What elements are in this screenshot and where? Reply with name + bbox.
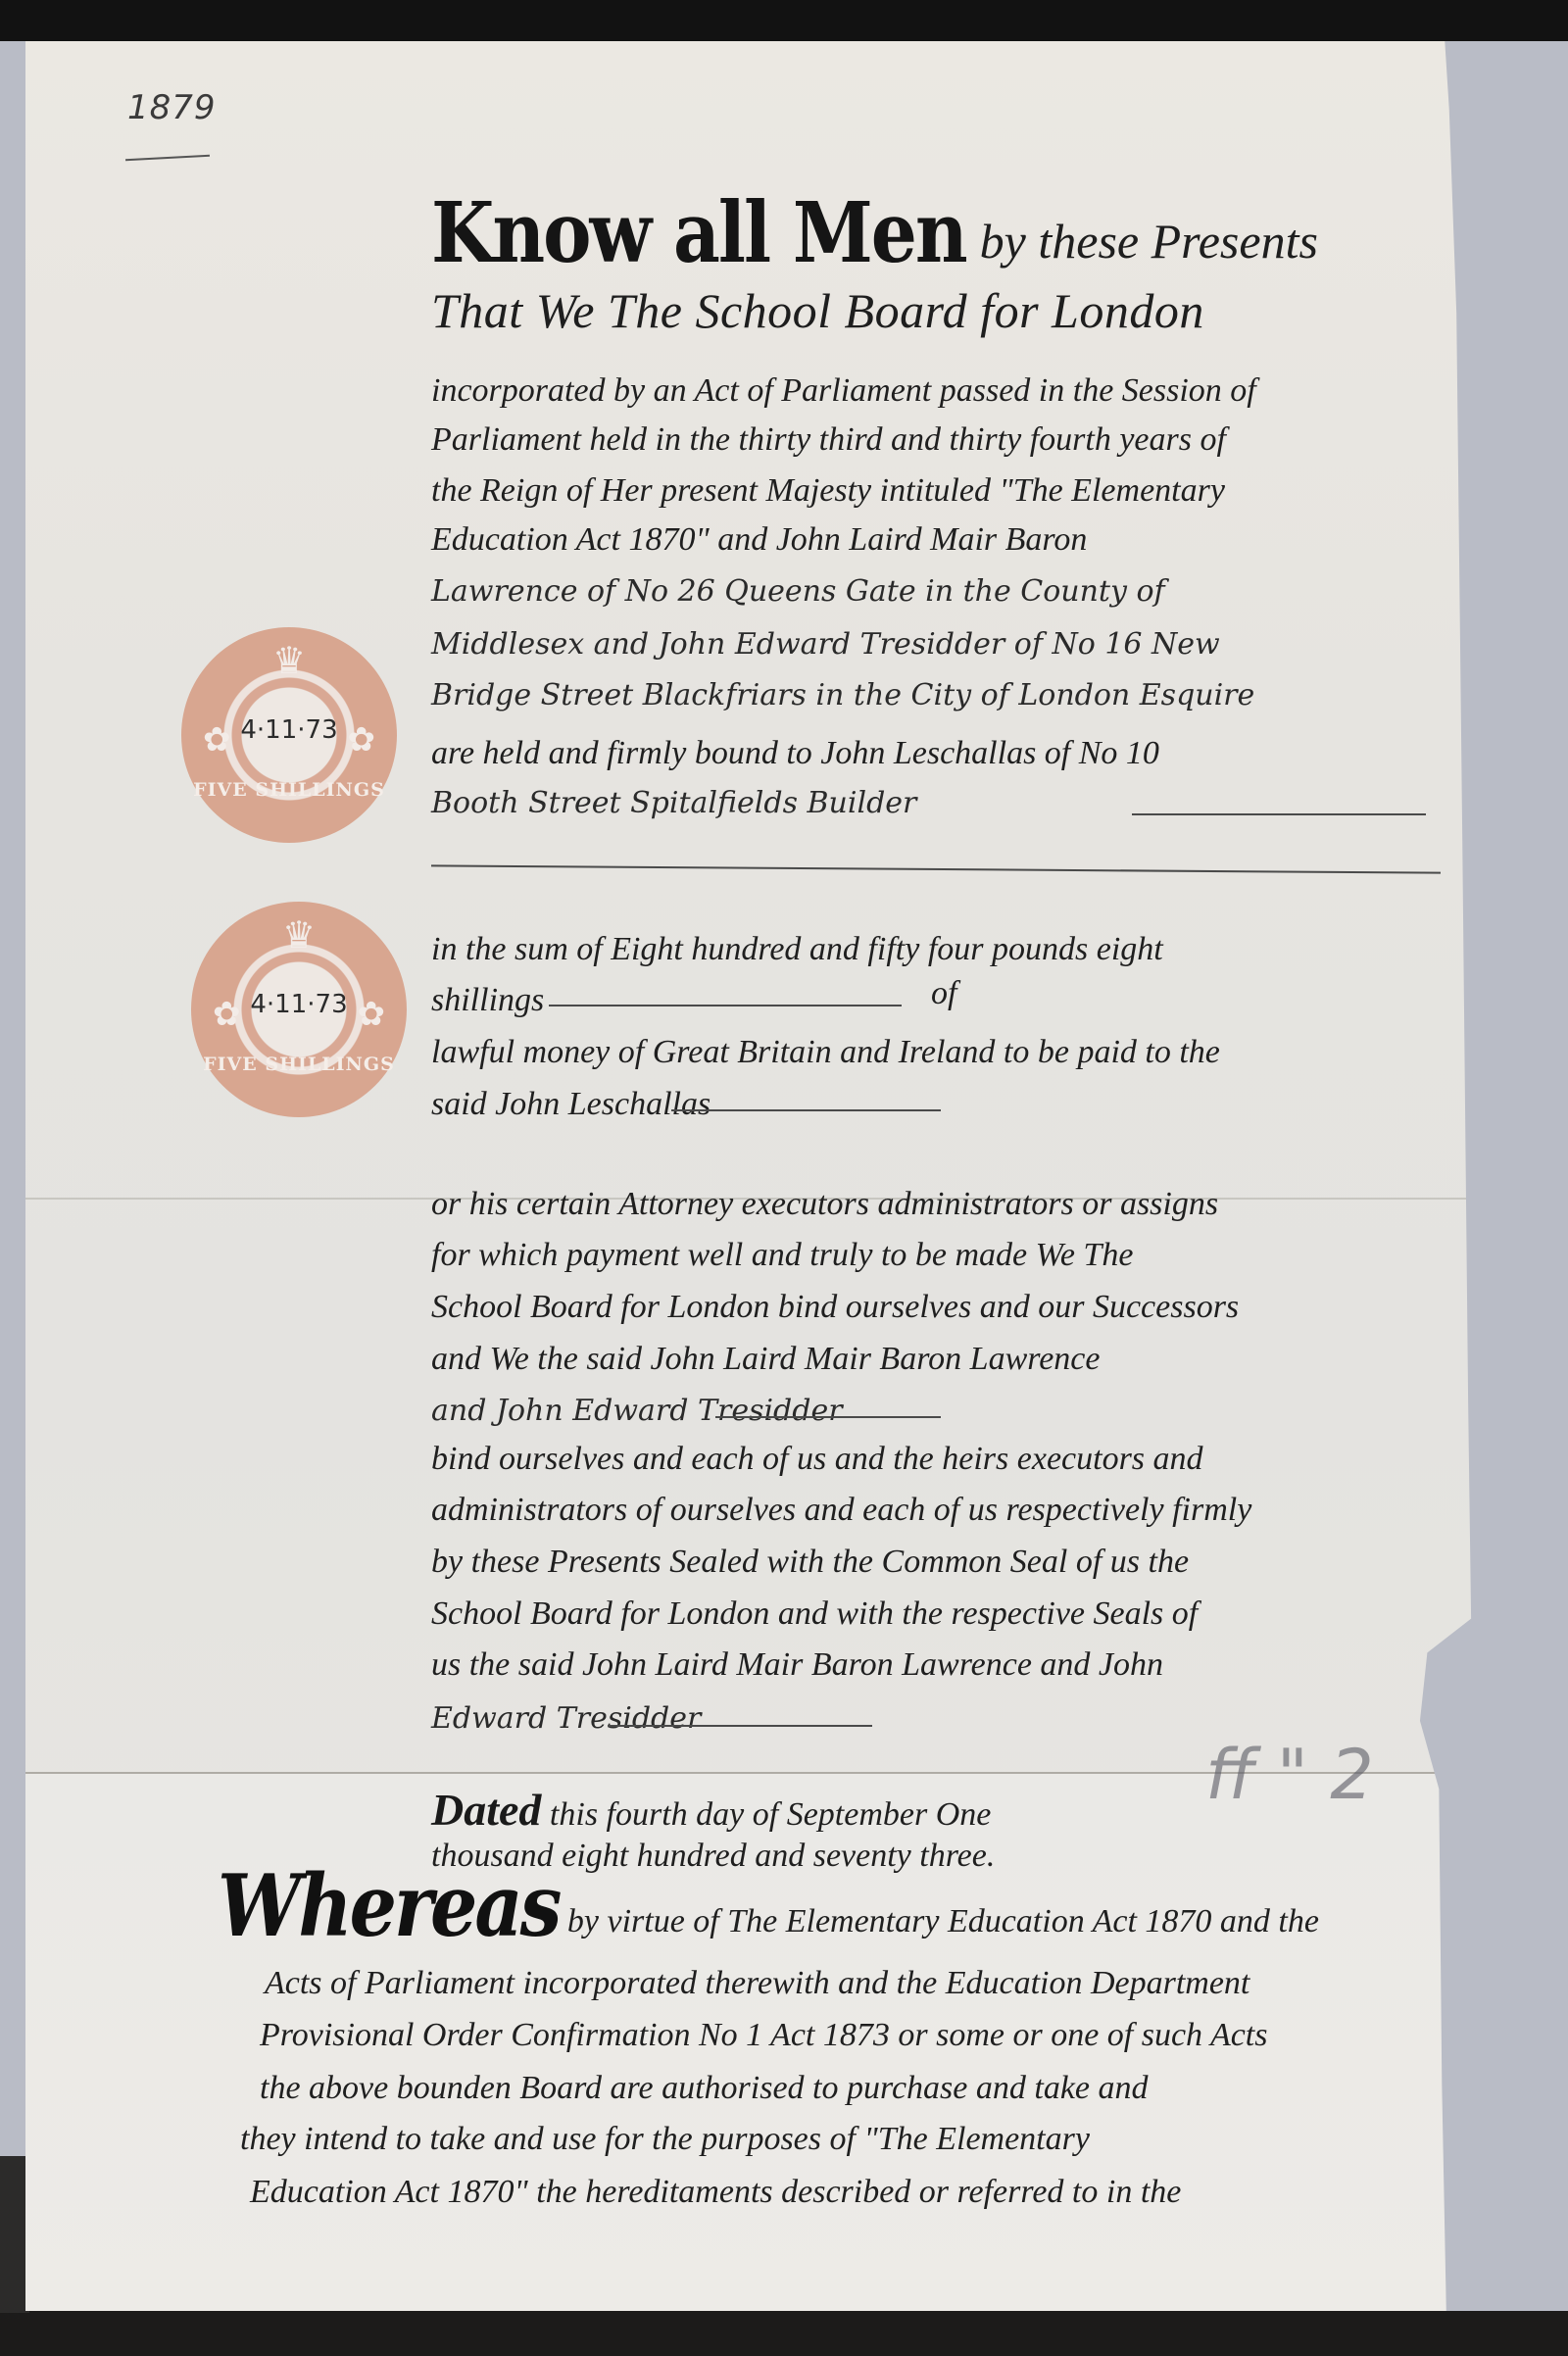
whereas-text: by virtue of The Elementary Education Ac… [567, 1903, 1319, 1939]
blank-rule [608, 1725, 872, 1727]
stamp-date: 4·11·73 [191, 990, 407, 1019]
body-line: Booth Street Spitalfields Builder [431, 786, 916, 820]
photo-top-border [0, 0, 1568, 41]
body-line: of [931, 975, 956, 1012]
whereas-word: Whereas [218, 1855, 559, 1955]
whereas-line: the above bounden Board are authorised t… [260, 2070, 1149, 2107]
body-line: or his certain Attorney executors admini… [431, 1186, 1218, 1223]
body-line: incorporated by an Act of Parliament pas… [431, 372, 1256, 410]
photo-bottom-border [0, 2311, 1568, 2356]
body-line: and John Edward Tresidder [431, 1394, 843, 1428]
body-line: said John Leschallas [431, 1086, 710, 1123]
stamp-value: FIVE SHILLINGS [191, 1054, 407, 1075]
dated-line: Dated this fourth day of September One [431, 1784, 991, 1836]
whereas-line: Education Act 1870" the hereditaments de… [250, 2174, 1181, 2211]
body-line: in the sum of Eight hundred and fifty fo… [431, 931, 1163, 968]
blank-rule [1132, 813, 1426, 815]
body-line: by these Presents Sealed with the Common… [431, 1544, 1189, 1581]
stamp-date: 4·11·73 [181, 715, 397, 745]
crown-icon: ♛ [274, 919, 323, 953]
dated-word: Dated [431, 1785, 541, 1835]
revenue-stamp: ♛ ✿ ✿ 4·11·73 FIVE SHILLINGS [191, 902, 407, 1117]
body-line: Edward Tresidder [431, 1701, 701, 1736]
pencil-annotation: ff " 2 [1205, 1735, 1374, 1815]
archive-number: 1879 [127, 88, 217, 127]
body-line: administrators of ourselves and each of … [431, 1492, 1251, 1529]
shadow [0, 2156, 29, 2313]
heading: Know all Men by these Presents [431, 191, 1318, 275]
body-line: for which payment well and truly to be m… [431, 1237, 1133, 1274]
heading-script: by these Presents [980, 214, 1318, 269]
whereas-line: Whereas by virtue of The Elementary Educ… [218, 1862, 1319, 1949]
blank-rule [549, 1005, 902, 1006]
body-line: shillings [431, 982, 544, 1019]
body-line: Lawrence of No 26 Queens Gate in the Cou… [431, 574, 1165, 609]
body-line: Education Act 1870" and John Laird Mair … [431, 521, 1087, 559]
body-line: and We the said John Laird Mair Baron La… [431, 1341, 1101, 1378]
body-line: bind ourselves and each of us and the he… [431, 1441, 1203, 1478]
dated-text: this fourth day of September One [550, 1796, 991, 1833]
body-line: are held and firmly bound to John Lescha… [431, 735, 1159, 772]
whereas-line: Provisional Order Confirmation No 1 Act … [260, 2017, 1267, 2054]
stamp-value: FIVE SHILLINGS [181, 779, 397, 801]
heading-blackletter: Know all Men [431, 185, 966, 282]
whereas-line: Acts of Parliament incorporated therewit… [265, 1965, 1249, 2002]
body-line: the Reign of Her present Majesty intitul… [431, 472, 1225, 510]
blank-rule [715, 1416, 941, 1418]
whereas-line: they intend to take and use for the purp… [240, 2121, 1090, 2158]
revenue-stamp: ♛ ✿ ✿ 4·11·73 FIVE SHILLINGS [181, 627, 397, 843]
body-line: School Board for London bind ourselves a… [431, 1289, 1239, 1326]
body-line: Parliament held in the thirty third and … [431, 421, 1226, 459]
body-line: Bridge Street Blackfriars in the City of… [431, 678, 1254, 712]
body-line: lawful money of Great Britain and Irelan… [431, 1034, 1220, 1071]
crown-icon: ♛ [265, 645, 314, 678]
body-line: School Board for London and with the res… [431, 1595, 1198, 1633]
blank-rule [671, 1109, 941, 1111]
body-line: Middlesex and John Edward Tresidder of N… [431, 627, 1220, 662]
body-line: us the said John Laird Mair Baron Lawren… [431, 1646, 1163, 1684]
subheading: That We The School Board for London [431, 282, 1204, 339]
